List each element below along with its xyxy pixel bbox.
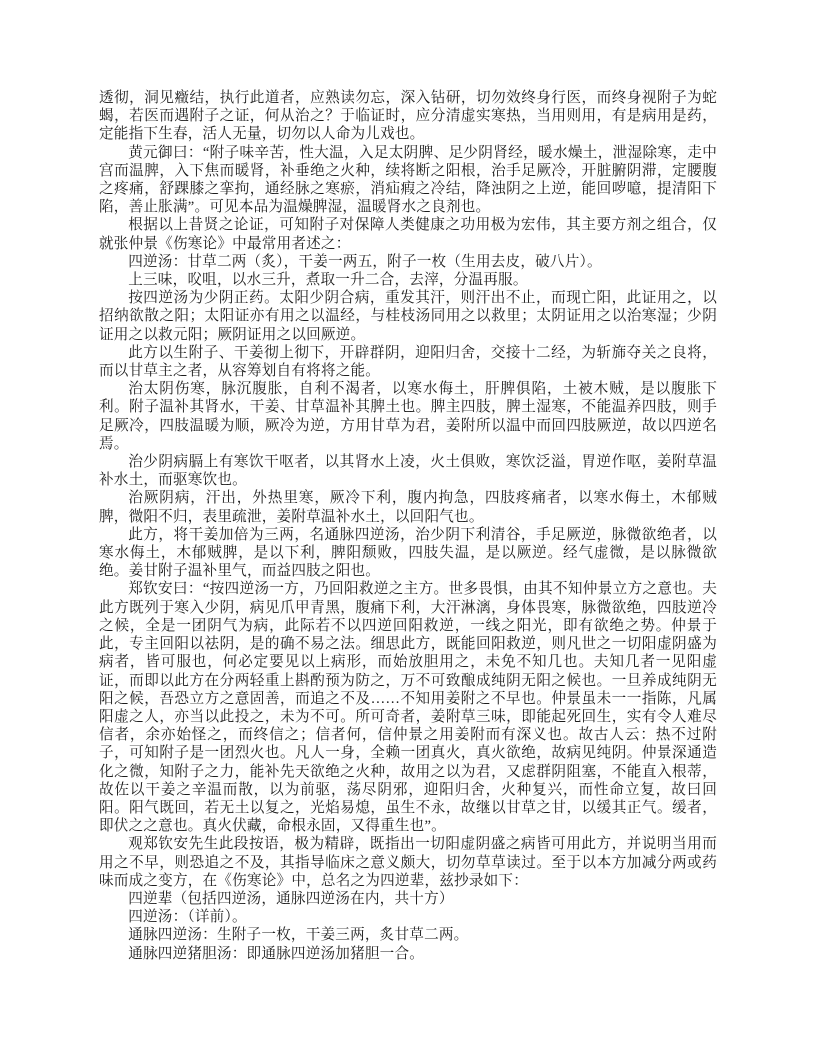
paragraph: 根据以上昔贤之论证，可知附子对保障人类健康之功用极为宏伟，其主要方剂之组合，仅就…: [99, 216, 717, 252]
paragraph: 此方以生附子、干姜彻上彻下，开辟群阴，迎阳归舍，交接十二经，为斩旆夺关之良将，而…: [99, 344, 717, 380]
paragraph: 郑钦安曰：“按四逆汤一方，乃回阳救逆之主方。世多畏惧，由其不知仲景立方之意也。夫…: [99, 580, 717, 835]
paragraph: 按四逆汤为少阴正药。太阳少阴合病，重发其汗，则汗出不止，而现亡阳，此证用之，以招…: [99, 289, 717, 344]
paragraph: 治少阴病膈上有寒饮干呕者，以其肾水上凌，火土俱败，寒饮泛溢，胃逆作呕，姜附草温补…: [99, 453, 717, 489]
paragraph: 透彻，洞见癥结，执行此道者，应熟读勿忘，深入钻研，切勿效终身行医，而终身视附子为…: [99, 89, 717, 144]
document-text: 透彻，洞见癥结，执行此道者，应熟读勿忘，深入钻研，切勿效终身行医，而终身视附子为…: [99, 89, 717, 963]
paragraph: 四逆辈（包括四逆汤，通脉四逆汤在内，共十方）: [99, 890, 717, 908]
paragraph: 通脉四逆汤：生附子一枚，干姜三两，炙甘草二两。: [99, 926, 717, 944]
paragraph: 此方，将干姜加倍为三两，名通脉四逆汤，治少阴下利清谷，手足厥逆，脉微欲绝者，以寒…: [99, 526, 717, 581]
paragraph: 观郑钦安先生此段按语，极为精辟，既指出一切阳虚阴盛之病皆可用此方，并说明当用而用…: [99, 835, 717, 890]
paragraph: 黄元御曰：“附子味辛苦，性大温，入足太阴脾、足少阴肾经，暖水燥土，泄湿除寒，走中…: [99, 144, 717, 217]
paragraph: 四逆汤：（详前）。: [99, 908, 717, 926]
paragraph: 治太阴伤寒，脉沉腹胀，自利不渴者，以寒水侮土，肝脾俱陷，土被木贼，是以腹胀下利。…: [99, 380, 717, 453]
paragraph: 上三味，㕮咀，以水三升，煮取一升二合，去滓，分温再服。: [99, 271, 717, 289]
paragraph: 通脉四逆猪胆汤：即通脉四逆汤加猪胆一合。: [99, 945, 717, 963]
document-page: 透彻，洞见癥结，执行此道者，应熟读勿忘，深入钻研，切勿效终身行医，而终身视附子为…: [0, 0, 816, 1056]
paragraph: 四逆汤：甘草二两（炙），干姜一两五，附子一枚（生用去皮，破八片）。: [99, 253, 717, 271]
paragraph: 治厥阴病，汗出，外热里寒，厥冷下利，腹内拘急，四肢疼痛者，以寒水侮土，木郁贼脾，…: [99, 489, 717, 525]
